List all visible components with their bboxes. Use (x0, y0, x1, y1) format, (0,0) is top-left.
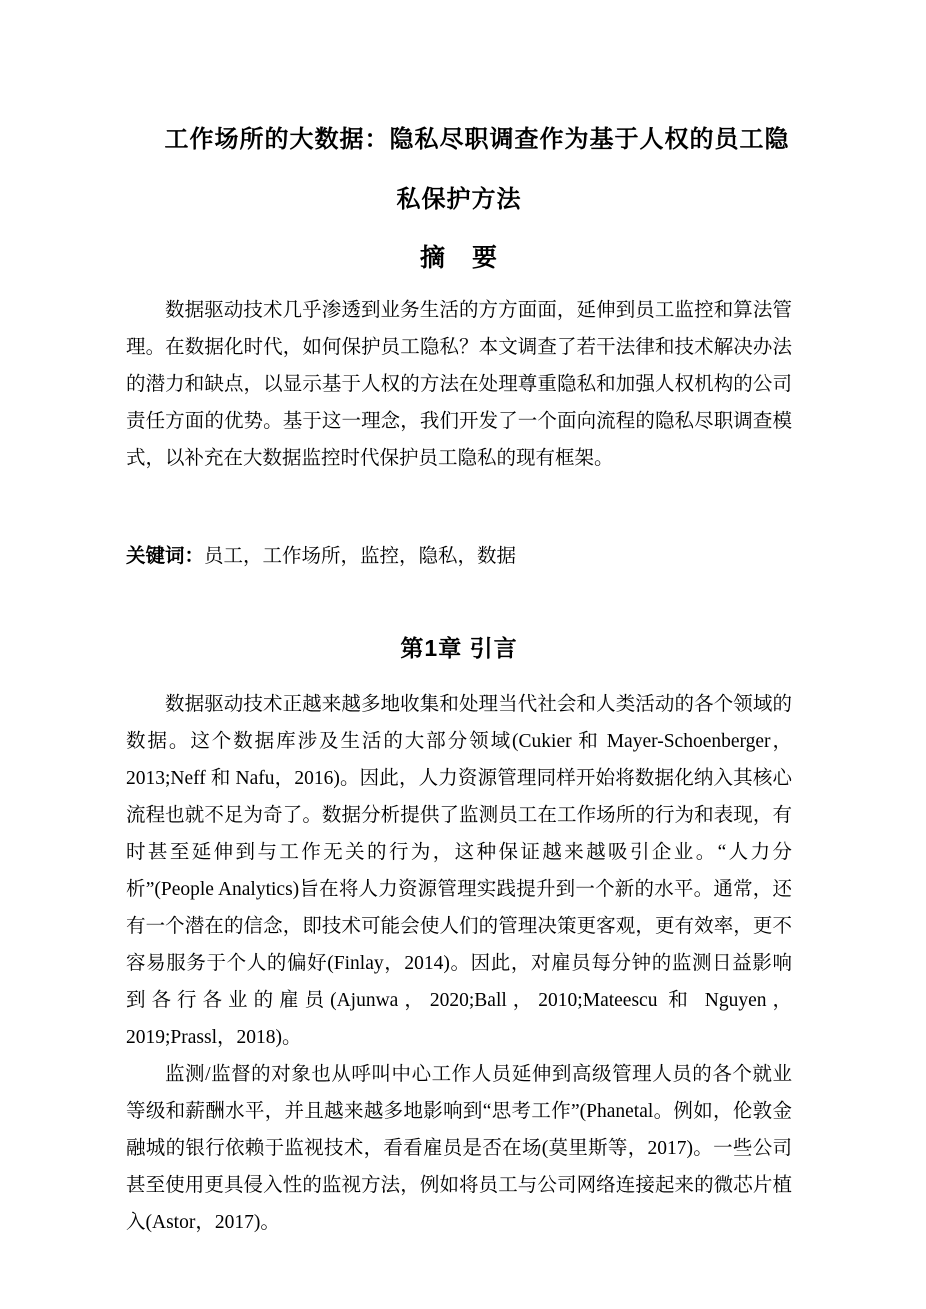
intro-paragraph-1: 数据驱动技术正越来越多地收集和处理当代社会和人类活动的各个领域的数据。这个数据库… (126, 686, 792, 1056)
chapter-1-heading: 第1章 引言 (126, 628, 792, 668)
abstract-heading: 摘 要 (126, 238, 792, 278)
paper-title-line2: 私保护方法 (397, 186, 522, 213)
keywords-label: 关键词： (126, 545, 204, 567)
paper-title: 工作场所的大数据：隐私尽职调查作为基于人权的员工隐 私保护方法 (126, 110, 792, 230)
paper-title-line1: 工作场所的大数据：隐私尽职调查作为基于人权的员工隐 (165, 126, 790, 153)
document-page: 工作场所的大数据：隐私尽职调查作为基于人权的员工隐 私保护方法 摘 要 数据驱动… (0, 0, 926, 1309)
keywords-line: 关键词：员工，工作场所，监控，隐私，数据 (126, 538, 792, 575)
abstract-paragraph: 数据驱动技术几乎渗透到业务生活的方方面面，延伸到员工监控和算法管理。在数据化时代… (126, 292, 792, 477)
intro-paragraph-2: 监测/监督的对象也从呼叫中心工作人员延伸到高级管理人员的各个就业等级和薪酬水平，… (126, 1056, 792, 1241)
keywords-values: 员工，工作场所，监控，隐私，数据 (204, 546, 516, 567)
